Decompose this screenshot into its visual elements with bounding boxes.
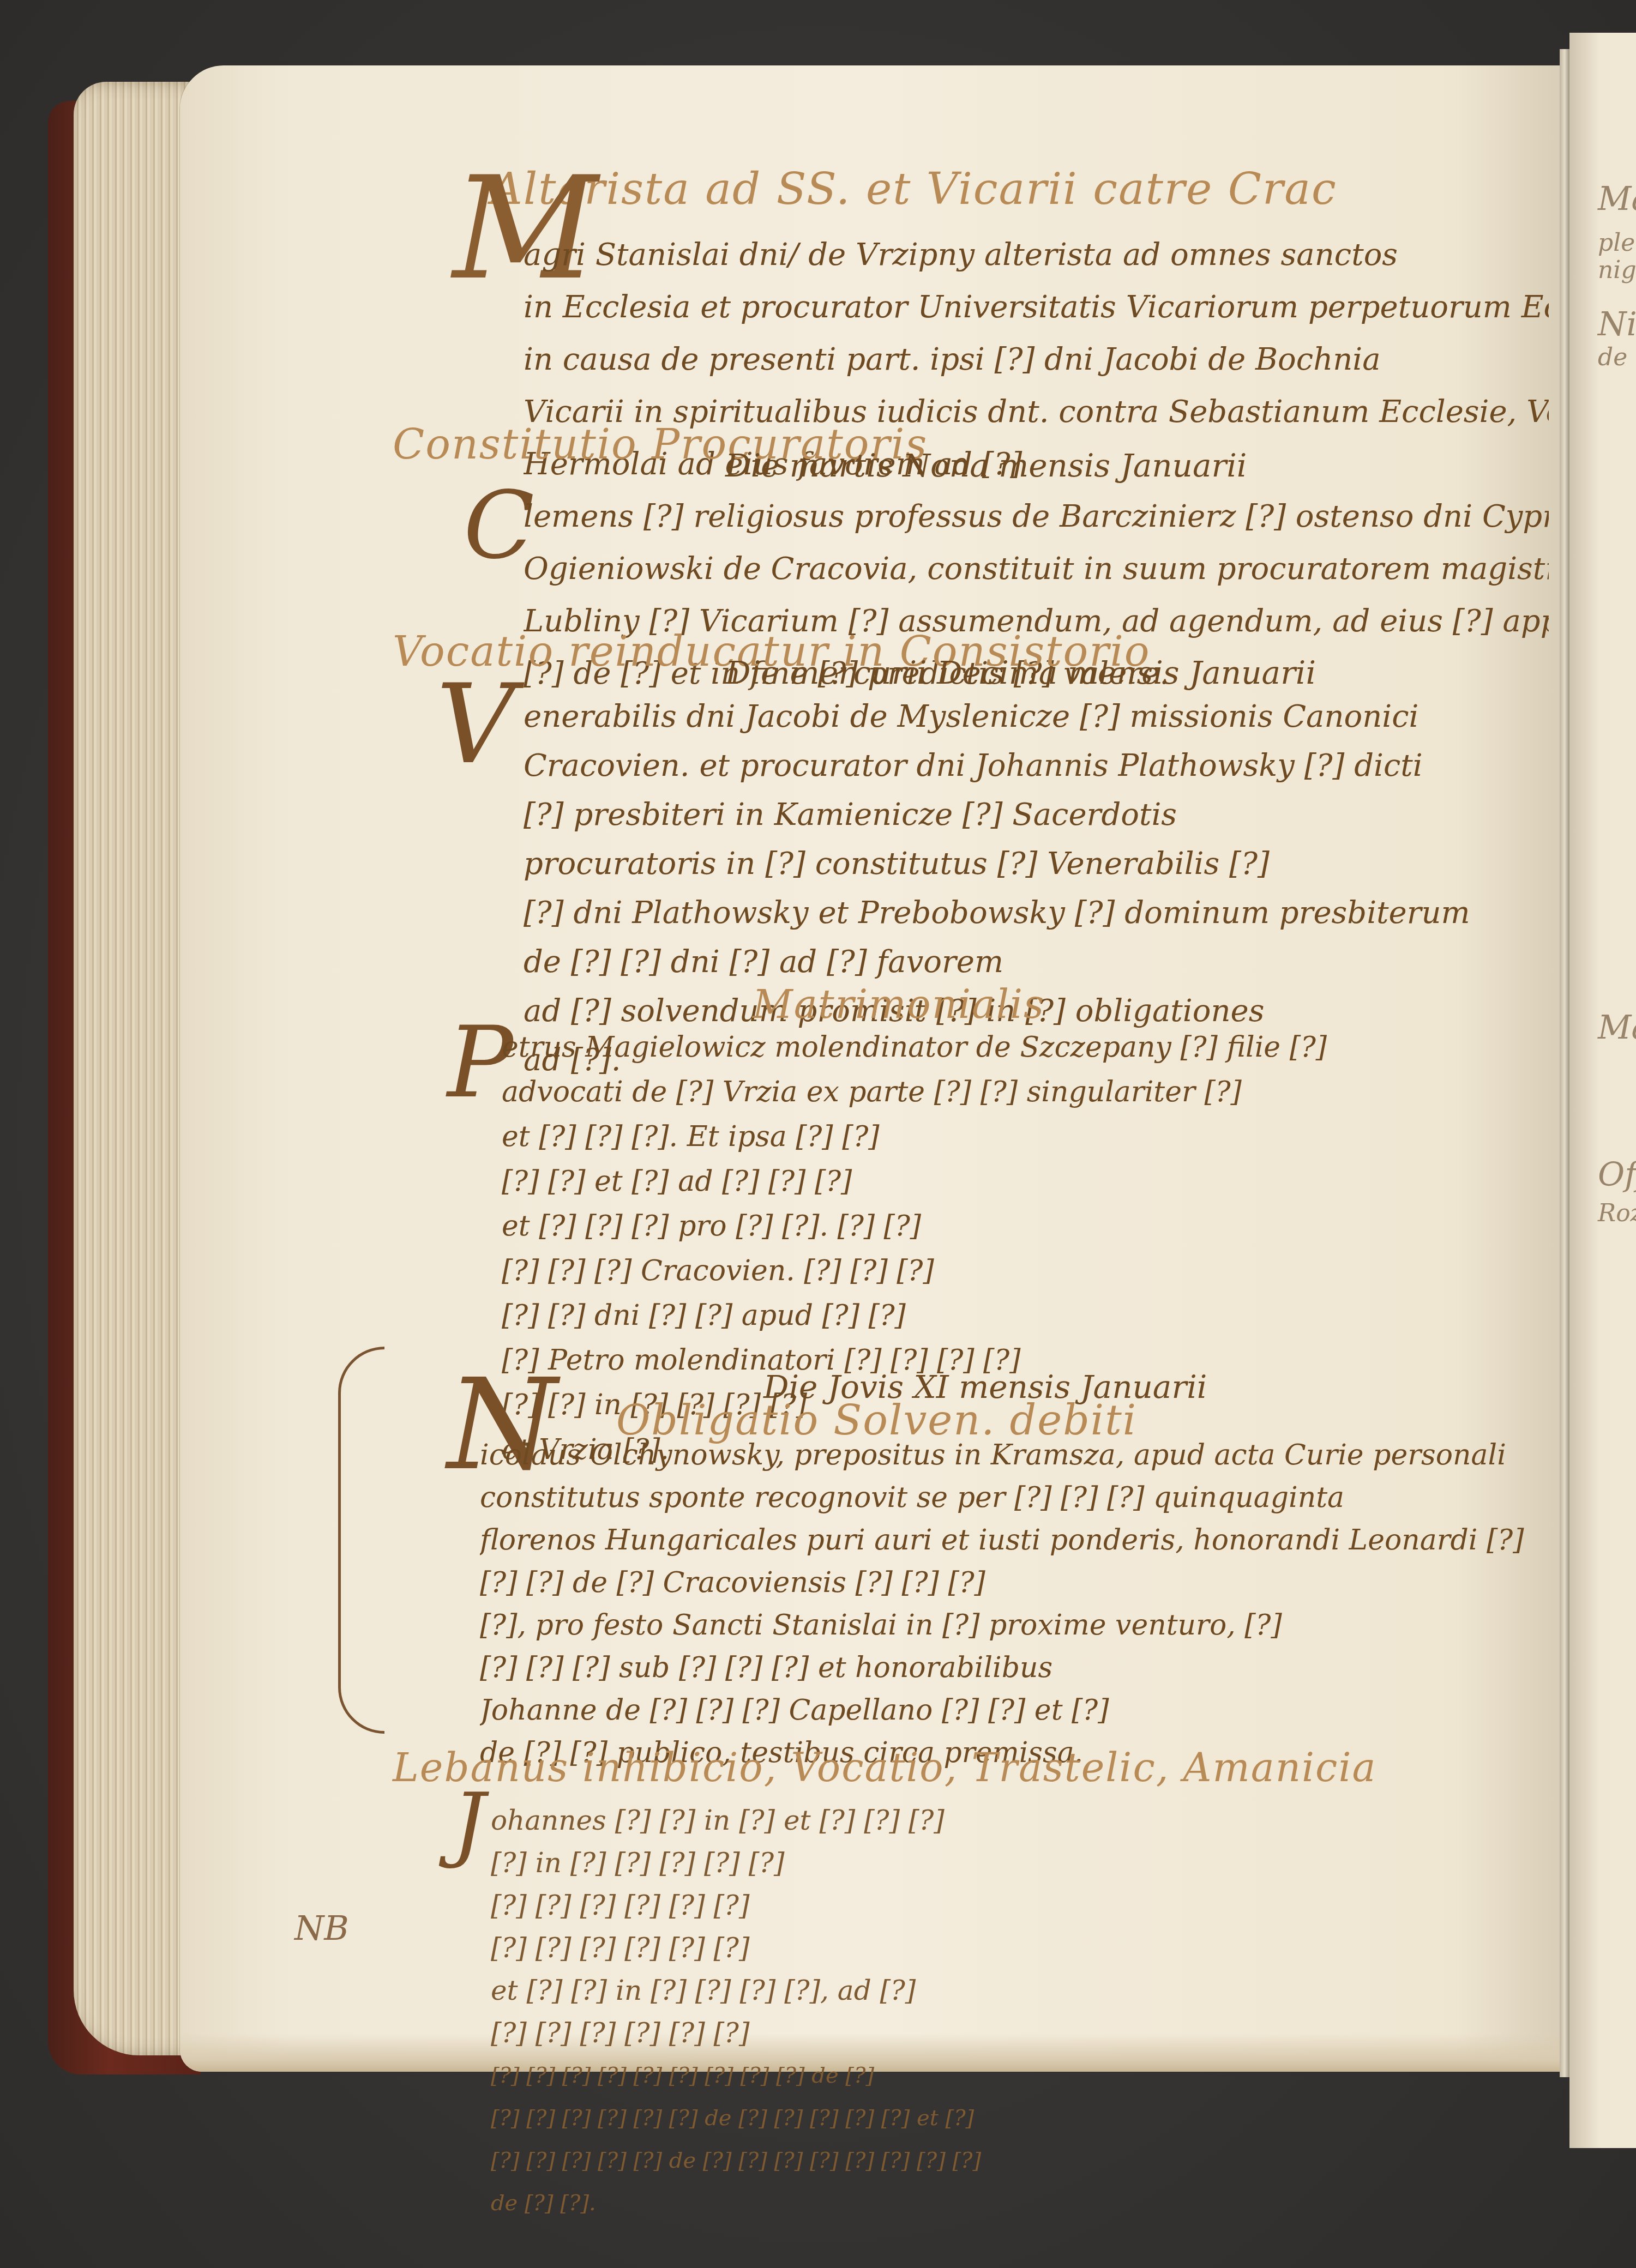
facing-fragment: Roz	[1598, 1199, 1636, 1227]
text-line: de [?] [?] dni [?] ad [?] favorem	[524, 938, 1549, 987]
text-line: in causa de presenti part. ipsi [?] dni …	[524, 334, 1549, 386]
text-line: et [?] [?] in [?] [?] [?] [?], ad [?]	[491, 1969, 1527, 2012]
facing-fragment: Off	[1598, 1156, 1636, 1194]
text-line: [?] in [?] [?] [?] [?] [?]	[491, 1842, 1527, 1884]
entry-text: ohannes [?] [?] in [?] et [?] [?] [?] [?…	[491, 1799, 1527, 2224]
text-line: Ogieniowski de Cracovia, constituit in s…	[524, 543, 1549, 595]
text-line: florenos Hungaricales puri auri et iusti…	[480, 1519, 1571, 1561]
text-line: [?] [?] de [?] Cracoviensis [?] [?] [?]	[480, 1561, 1571, 1604]
text-line: et [?] [?] [?]. Et ipsa [?] [?]	[502, 1114, 1571, 1159]
text-line: procuratoris in [?] constitutus [?] Vene…	[524, 840, 1549, 889]
marginal-note: NB	[294, 1908, 349, 1948]
text-line: [?] [?] [?] [?] [?] de [?] [?] [?] [?] […	[491, 2139, 1527, 2182]
facing-fragment: nig	[1598, 256, 1636, 284]
text-line: advocati de [?] Vrzia ex parte [?] [?] s…	[502, 1070, 1571, 1114]
entry-date: Die martis Nona mensis Januarii	[725, 447, 1247, 484]
text-line: et [?] [?] [?] pro [?] [?]. [?] [?]	[502, 1204, 1571, 1248]
decorated-initial: J	[453, 1783, 485, 1865]
text-line: [?] [?] [?] [?] [?] [?]	[491, 1884, 1527, 1927]
text-line: [?] [?] [?] sub [?] [?] [?] et honorabil…	[480, 1646, 1571, 1689]
facing-fragment: Ma	[1598, 1009, 1636, 1047]
text-line: [?] [?] [?] [?] [?] [?]	[491, 1927, 1527, 1969]
facing-fragment: de	[1598, 343, 1627, 371]
text-line: de [?] [?].	[491, 2182, 1527, 2224]
text-line: lemens [?] religiosus professus de Barcz…	[524, 491, 1549, 543]
text-line: [?] [?] dni [?] [?] apud [?] [?]	[502, 1293, 1571, 1338]
margin-bracket	[338, 1347, 384, 1734]
facing-fragment: ple	[1598, 229, 1635, 257]
entry-rubric: Matrimonialis	[753, 981, 1045, 1027]
text-line: in Ecclesia et procurator Universitatis …	[524, 281, 1549, 334]
text-line: Johanne de [?] [?] [?] Capellano [?] [?]…	[480, 1689, 1571, 1732]
text-line: ohannes [?] [?] in [?] et [?] [?] [?]	[491, 1799, 1527, 1842]
facing-fragment: Ma	[1598, 180, 1636, 218]
entry-rubric: Lebanus inhibicio, Vocatio, Trastelic, A…	[393, 1745, 1376, 1790]
text-line: [?] dni Plathowsky et Prebobowsky [?] do…	[524, 889, 1549, 938]
entry-date: Die mercurii Decima mensis Januarii	[725, 654, 1316, 691]
text-line: [?] [?] [?] Cracovien. [?] [?] [?]	[502, 1248, 1571, 1293]
text-line: [?] presbiteri in Kamienicze [?] Sacerdo…	[524, 791, 1549, 840]
entry-text: icolaus Olchynowsky, prepositus in Krams…	[480, 1434, 1571, 1774]
text-line: icolaus Olchynowsky, prepositus in Krams…	[480, 1434, 1571, 1476]
text-line: [?] [?] [?] [?] [?] [?] de [?] [?] [?] […	[491, 2097, 1527, 2139]
text-line: [?] [?] et [?] ad [?] [?] [?]	[502, 1159, 1571, 1204]
text-line: constitutus sponte recognovit se per [?]…	[480, 1476, 1571, 1519]
decorated-initial: V	[436, 671, 515, 780]
text-line: [?] [?] [?] [?] [?] [?]	[491, 2012, 1527, 2054]
text-line: [?] [?] [?] [?] [?] [?] [?] [?] [?] de […	[491, 2054, 1527, 2097]
text-line: [?], pro festo Sancti Stanislai in [?] p…	[480, 1604, 1571, 1646]
entry-rubric: Altarista ad SS. et Vicarii catre Crac	[491, 164, 1337, 214]
text-line: etrus Magielowicz molendinator de Szczep…	[502, 1025, 1571, 1070]
text-line: Cracovien. et procurator dni Johannis Pl…	[524, 741, 1549, 791]
text-line: enerabilis dni Jacobi de Myslenicze [?] …	[524, 692, 1549, 741]
text-line: agri Stanislai dni/ de Vrzipny alterista…	[524, 229, 1549, 281]
facing-fragment: Ni	[1598, 305, 1636, 343]
